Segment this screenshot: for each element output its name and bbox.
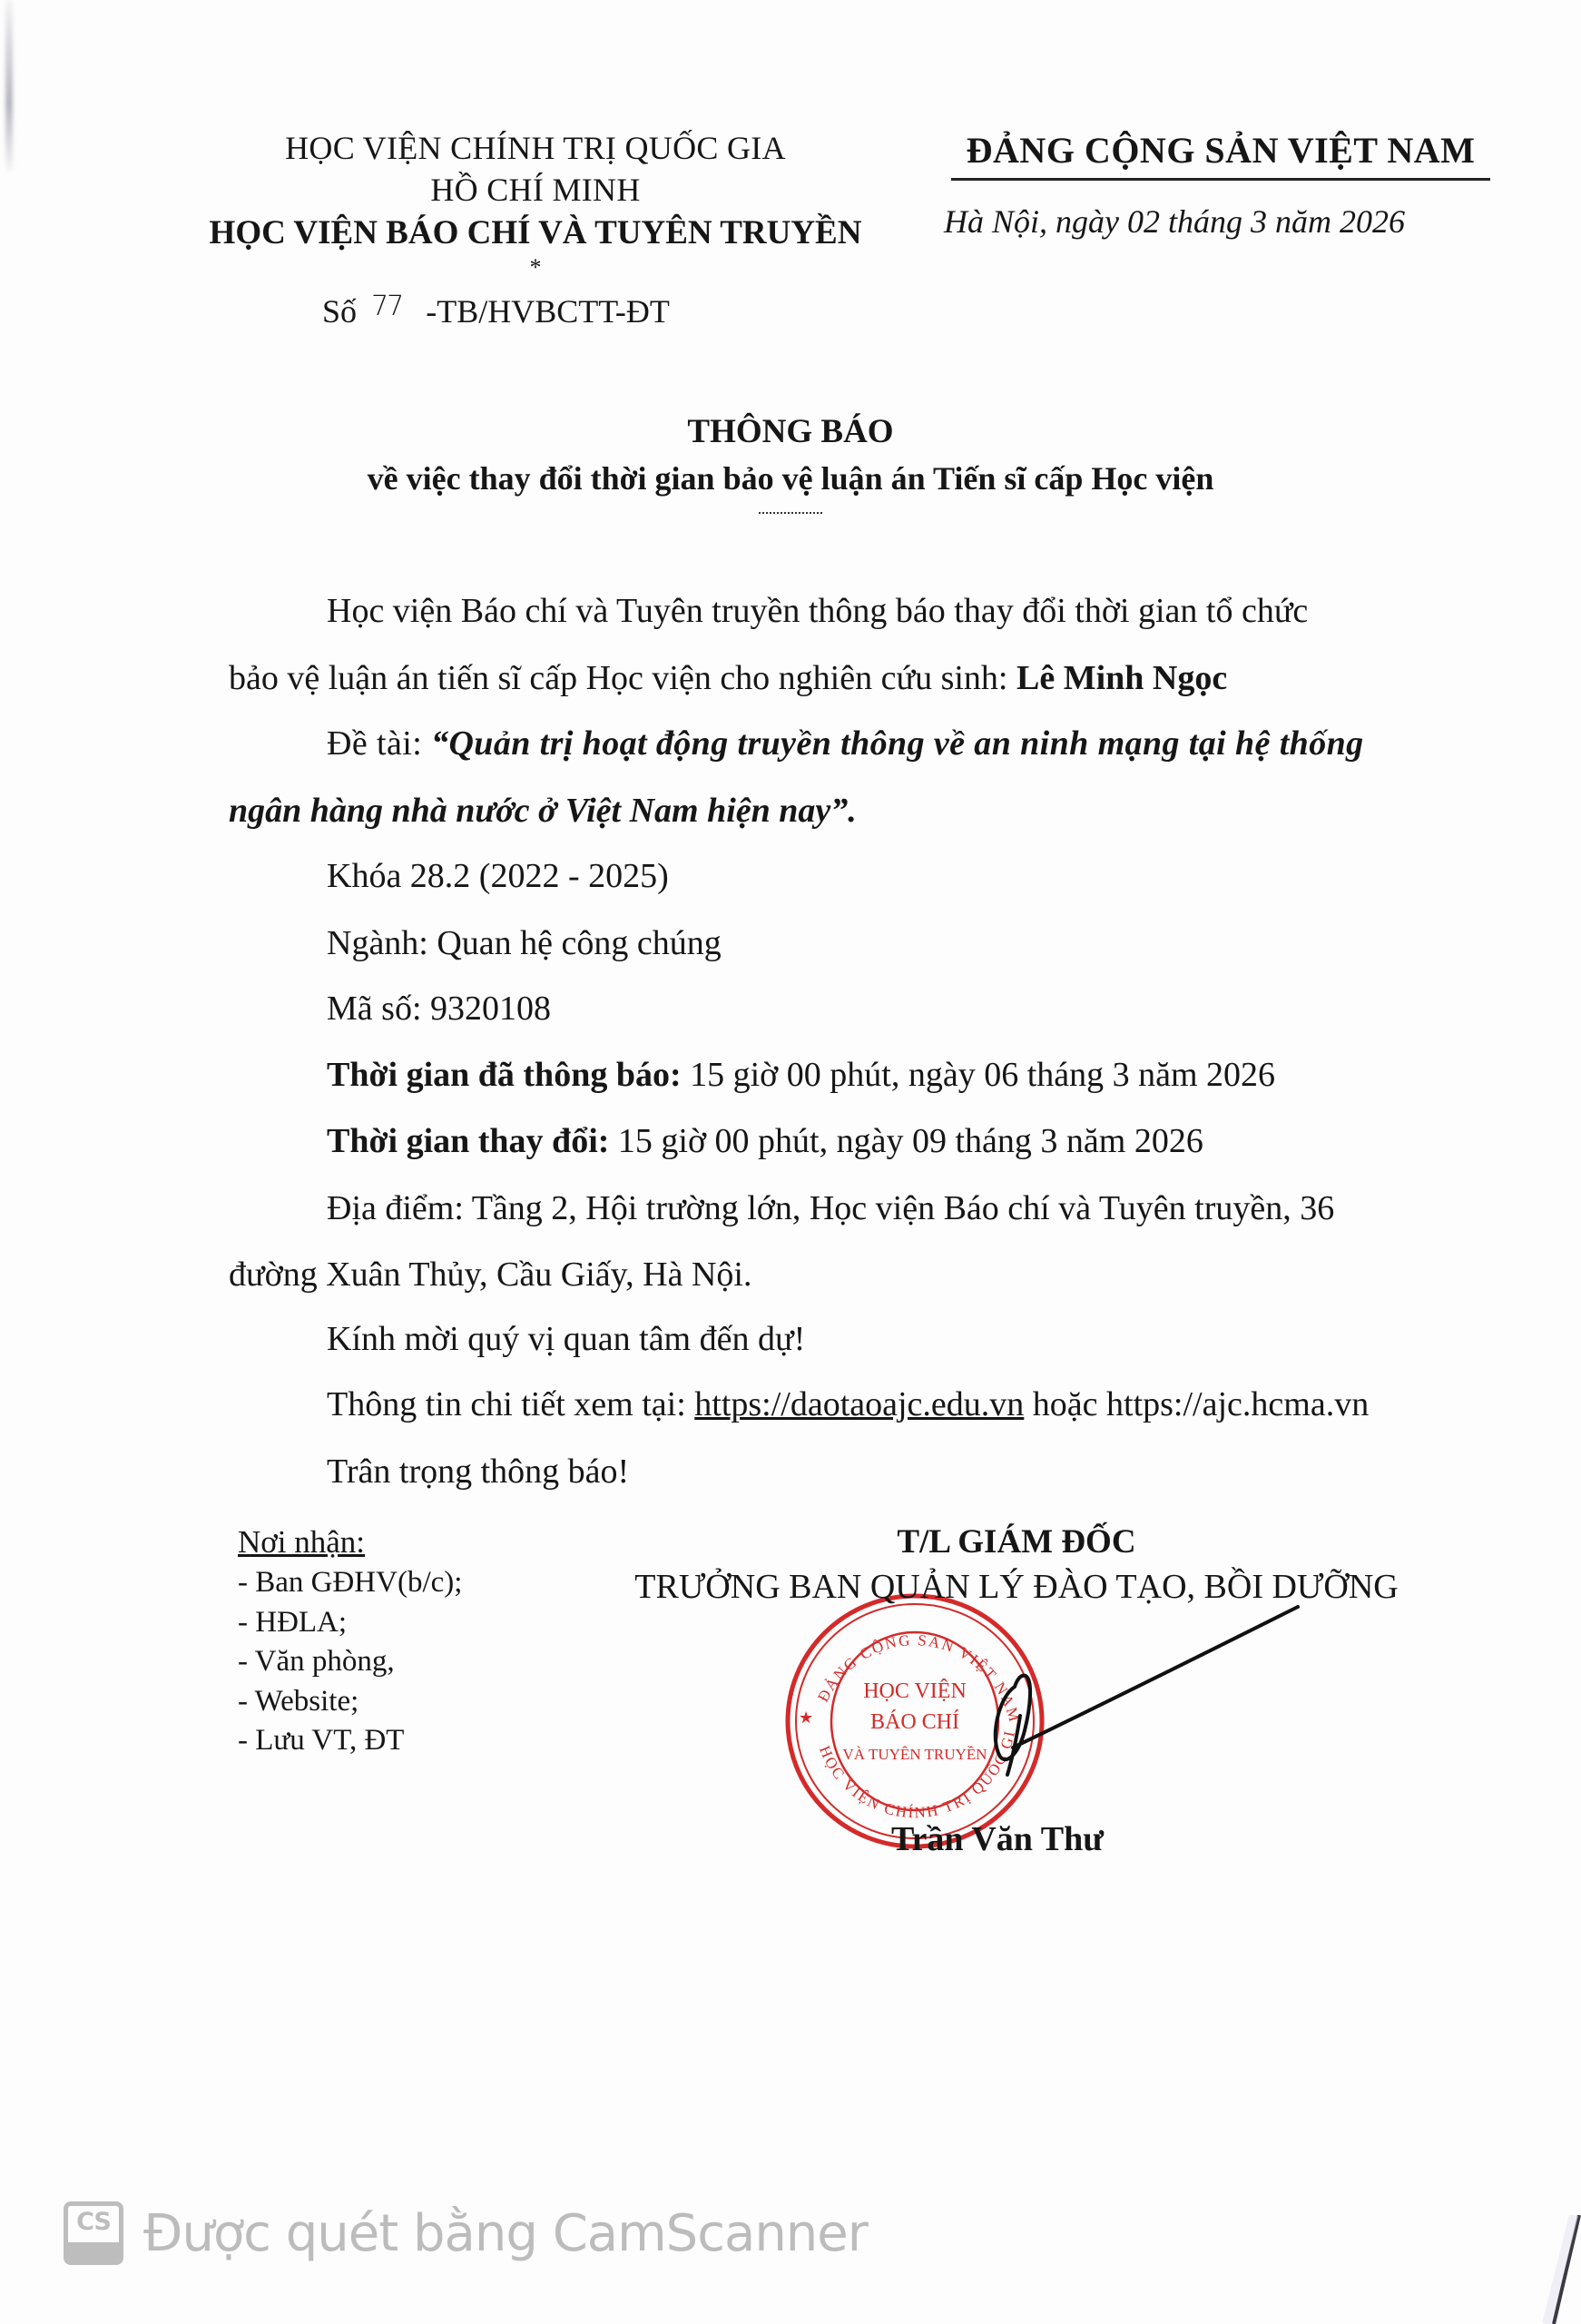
info-or: hoặc [1024, 1385, 1106, 1423]
closing: Trân trọng thông báo! [327, 1451, 629, 1492]
recipient-item: - HĐLA; [238, 1603, 462, 1643]
recipient-item: - Ban GĐHV(b/c); [238, 1563, 462, 1603]
camscanner-logo-icon: CS [64, 2201, 123, 2265]
document-subtitle: về việc thay đổi thời gian bảo vệ luận á… [0, 458, 1581, 499]
document-title: THÔNG BÁO [0, 407, 1581, 458]
svg-text:BÁO CHÍ: BÁO CHÍ [870, 1710, 959, 1734]
announced-time-value: 15 giờ 00 phút, ngày 06 tháng 3 năm 2026 [682, 1056, 1275, 1094]
location-line-2: đường Xuân Thủy, Cầu Giấy, Hà Nội. [229, 1254, 751, 1295]
signatory-name: Trần Văn Thư [891, 1819, 1104, 1859]
document-number-handwritten: 77 [371, 290, 402, 322]
recipient-item: - Lưu VT, ĐT [238, 1721, 462, 1761]
document-number: Số77-TB/HVBCTT-ĐT [322, 292, 670, 330]
major: Ngành: Quan hệ công chúng [327, 922, 722, 964]
info-line: Thông tin chi tiết xem tại: https://daot… [327, 1384, 1369, 1425]
changed-time-value: 15 giờ 00 phút, ngày 09 tháng 3 năm 2026 [609, 1122, 1203, 1160]
svg-text:★: ★ [799, 1709, 813, 1727]
cohort: Khóa 28.2 (2022 - 2025) [327, 855, 669, 897]
scan-edge-shadow-right [1527, 2215, 1581, 2324]
invitation: Kính mời quý vị quan tâm đến dự! [327, 1318, 805, 1360]
document-number-prefix: Số [322, 293, 357, 330]
intro-line-1: Học viện Báo chí và Tuyên truyền thông b… [327, 590, 1308, 632]
intro-line-2: bảo vệ luận án tiến sĩ cấp Học viện cho … [229, 657, 1227, 699]
party-header-block: ĐẢNG CỘNG SẢN VIỆT NAM Hà Nội, ngày 02 t… [944, 127, 1498, 241]
academy-site-link[interactable]: https://ajc.hcma.vn [1106, 1385, 1369, 1423]
party-name-underline [951, 178, 1490, 181]
svg-text:HỌC VIỆN: HỌC VIỆN [863, 1679, 967, 1703]
topic-title-part1: “Quản trị hoạt động truyền thông về an n… [431, 724, 1363, 763]
changed-time-label: Thời gian thay đổi: [327, 1122, 609, 1160]
recipient-item: - Website; [238, 1682, 462, 1722]
intro-text: bảo vệ luận án tiến sĩ cấp Học viện cho … [229, 659, 1016, 697]
signatory-title: TRƯỞNG BAN QUẢN LÝ ĐÀO TẠO, BỒI DƯỠNG [581, 1563, 1452, 1610]
camscanner-label: Được quét bằng CamScanner [143, 2204, 868, 2263]
recipients-heading: Nơi nhận: [238, 1521, 462, 1563]
topic-line-1: Đề tài: “Quản trị hoạt động truyền thông… [327, 723, 1364, 764]
scan-edge-shadow [5, 0, 13, 172]
recipients-block: Nơi nhận: - Ban GĐHV(b/c); - HĐLA; - Văn… [238, 1521, 462, 1761]
place-date: Hà Nội, ngày 02 tháng 3 năm 2026 [944, 202, 1498, 241]
changed-time: Thời gian thay đổi: 15 giờ 00 phút, ngày… [327, 1120, 1203, 1162]
info-prefix: Thông tin chi tiết xem tại: [327, 1385, 694, 1423]
party-name: ĐẢNG CỘNG SẢN VIỆT NAM [944, 127, 1498, 174]
document-title-block: THÔNG BÁO về việc thay đổi thời gian bảo… [0, 407, 1581, 517]
candidate-name: Lê Minh Ngọc [1016, 659, 1227, 697]
training-portal-link[interactable]: https://daotaoajc.edu.vn [694, 1385, 1024, 1423]
institution-name: HỌC VIỆN BÁO CHÍ VÀ TUYÊN TRUYỀN [145, 211, 926, 256]
title-separator [759, 512, 822, 517]
signatory-authority: T/L GIÁM ĐỐC [581, 1521, 1452, 1563]
announced-time: Thời gian đã thông báo: 15 giờ 00 phút, … [327, 1054, 1275, 1096]
parent-institution-name: HỌC VIỆN CHÍNH TRỊ QUỐC GIA [145, 127, 926, 169]
recipient-item: - Văn phòng, [238, 1642, 462, 1682]
star-separator: * [145, 258, 926, 278]
signature-block: T/L GIÁM ĐỐC TRƯỞNG BAN QUẢN LÝ ĐÀO TẠO,… [581, 1521, 1452, 1610]
issuing-authority-block: HỌC VIỆN CHÍNH TRỊ QUỐC GIA HỒ CHÍ MINH … [145, 127, 926, 278]
announced-time-label: Thời gian đã thông báo: [327, 1056, 682, 1094]
topic-label: Đề tài: [327, 724, 431, 763]
topic-title-part2: ngân hàng nhà nước ở Việt Nam hiện nay”. [229, 790, 857, 832]
document-number-suffix: -TB/HVBCTT-ĐT [426, 293, 670, 330]
location-line-1: Địa điểm: Tầng 2, Hội trường lớn, Học vi… [327, 1187, 1334, 1229]
parent-institution-name-cont: HỒ CHÍ MINH [145, 169, 926, 211]
camscanner-watermark: CS Được quét bằng CamScanner [64, 2197, 868, 2270]
handwritten-signature-icon [953, 1580, 1316, 1807]
major-code: Mã số: 9320108 [327, 988, 551, 1029]
